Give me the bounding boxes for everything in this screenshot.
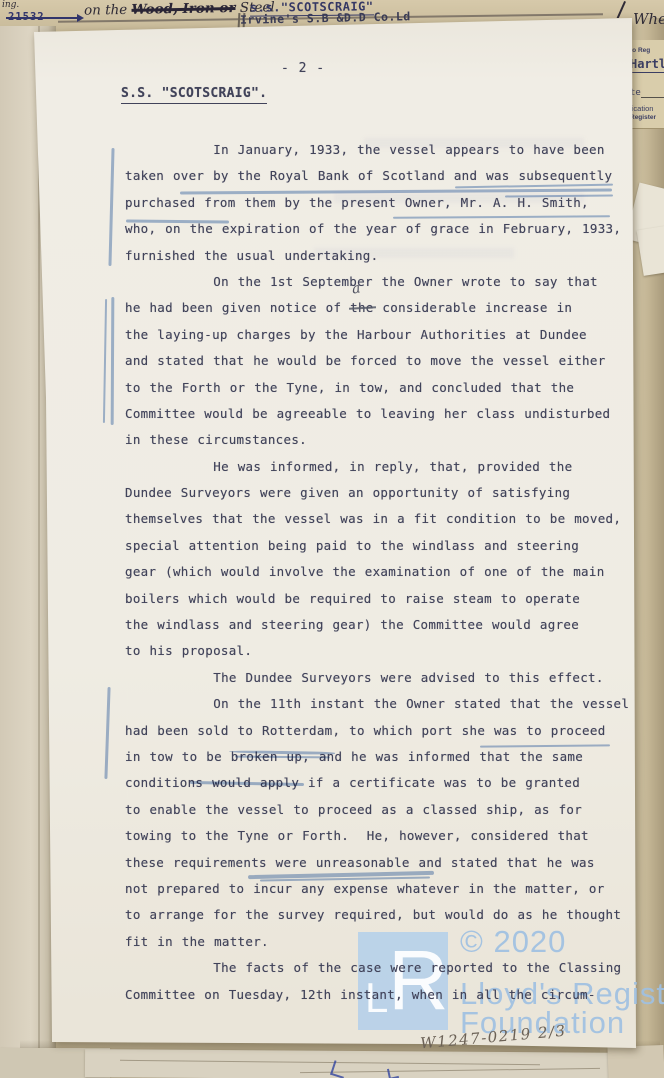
typed-line: to the Forth or the Tyne, in tow, and co… (125, 375, 630, 401)
paper-fragment-text: ing. (2, 0, 19, 10)
page-title: S.S. "SCOTSCRAIG". (121, 86, 267, 104)
form-fragment-label: Register (630, 114, 656, 121)
typed-line: had been sold to Rotterdam, to which por… (125, 718, 630, 744)
typed-line: Dundee Surveyors were given an opportuni… (125, 480, 630, 506)
typed-line: Committee on Tuesday, 12th instant, when… (125, 982, 630, 1008)
typed-line: On the 1st September the Owner wrote to … (125, 269, 630, 295)
typed-line: furnished the usual undertaking. (125, 243, 630, 269)
typed-line: special attention being paid to the wind… (125, 533, 630, 559)
number-strike-arrow (6, 17, 78, 19)
struck-form-words: Wood, Iron or (131, 0, 235, 18)
typed-line: The facts of the case were reported to t… (125, 955, 630, 981)
typed-line: In January, 1933, the vessel appears to … (125, 137, 630, 163)
typed-line: in tow to be broken up, and he was infor… (125, 744, 630, 770)
crumpled-paper (85, 1049, 630, 1078)
typed-line: On the 11th instant the Owner stated tha… (125, 691, 630, 717)
page-number: - 2 - (281, 61, 325, 76)
typed-line: to enable the vessel to proceed as a cla… (125, 797, 630, 823)
typed-line: boilers which would be required to raise… (125, 586, 630, 612)
typed-line: not prepared to incur any expense whatev… (125, 876, 630, 902)
form-fragment-label: to Reg (630, 47, 650, 54)
typed-line: gear (which would involve the examinatio… (125, 559, 630, 585)
typed-line: the laying-up charges by the Harbour Aut… (125, 322, 630, 348)
typed-line: and stated that he would be forced to mo… (125, 348, 630, 374)
crumpled-paper (607, 1045, 664, 1078)
typed-line: to arrange for the survey required, but … (125, 902, 630, 928)
typed-line: He was informed, in reply, that, provide… (125, 454, 630, 480)
form-fragment-whe: Whe (633, 10, 664, 28)
printed-phrase-prefix: on the (84, 2, 132, 19)
typed-line: Committee would be agreeable to leaving … (125, 401, 630, 427)
form-fragment-value: Hartl (630, 57, 664, 73)
typed-line: in these circumstances. (125, 427, 630, 453)
typed-line: to his proposal. (125, 638, 630, 664)
ink-scribble (387, 1067, 399, 1078)
typed-line: towing to the Tyne or Forth. He, however… (125, 823, 630, 849)
form-rule-line (641, 97, 664, 98)
typed-line: he had been given notice of the consider… (125, 295, 630, 321)
typed-line: the windlass and steering gear) the Comm… (125, 612, 630, 638)
archival-document-scan: ing. on the Wood, Iron or Steel s.s."SCO… (0, 0, 664, 1078)
typed-line: The Dundee Surveyors were advised to thi… (125, 665, 630, 691)
typed-line: fit in the matter. (125, 929, 630, 955)
typed-line: themselves that the vessel was in a fit … (125, 506, 630, 532)
